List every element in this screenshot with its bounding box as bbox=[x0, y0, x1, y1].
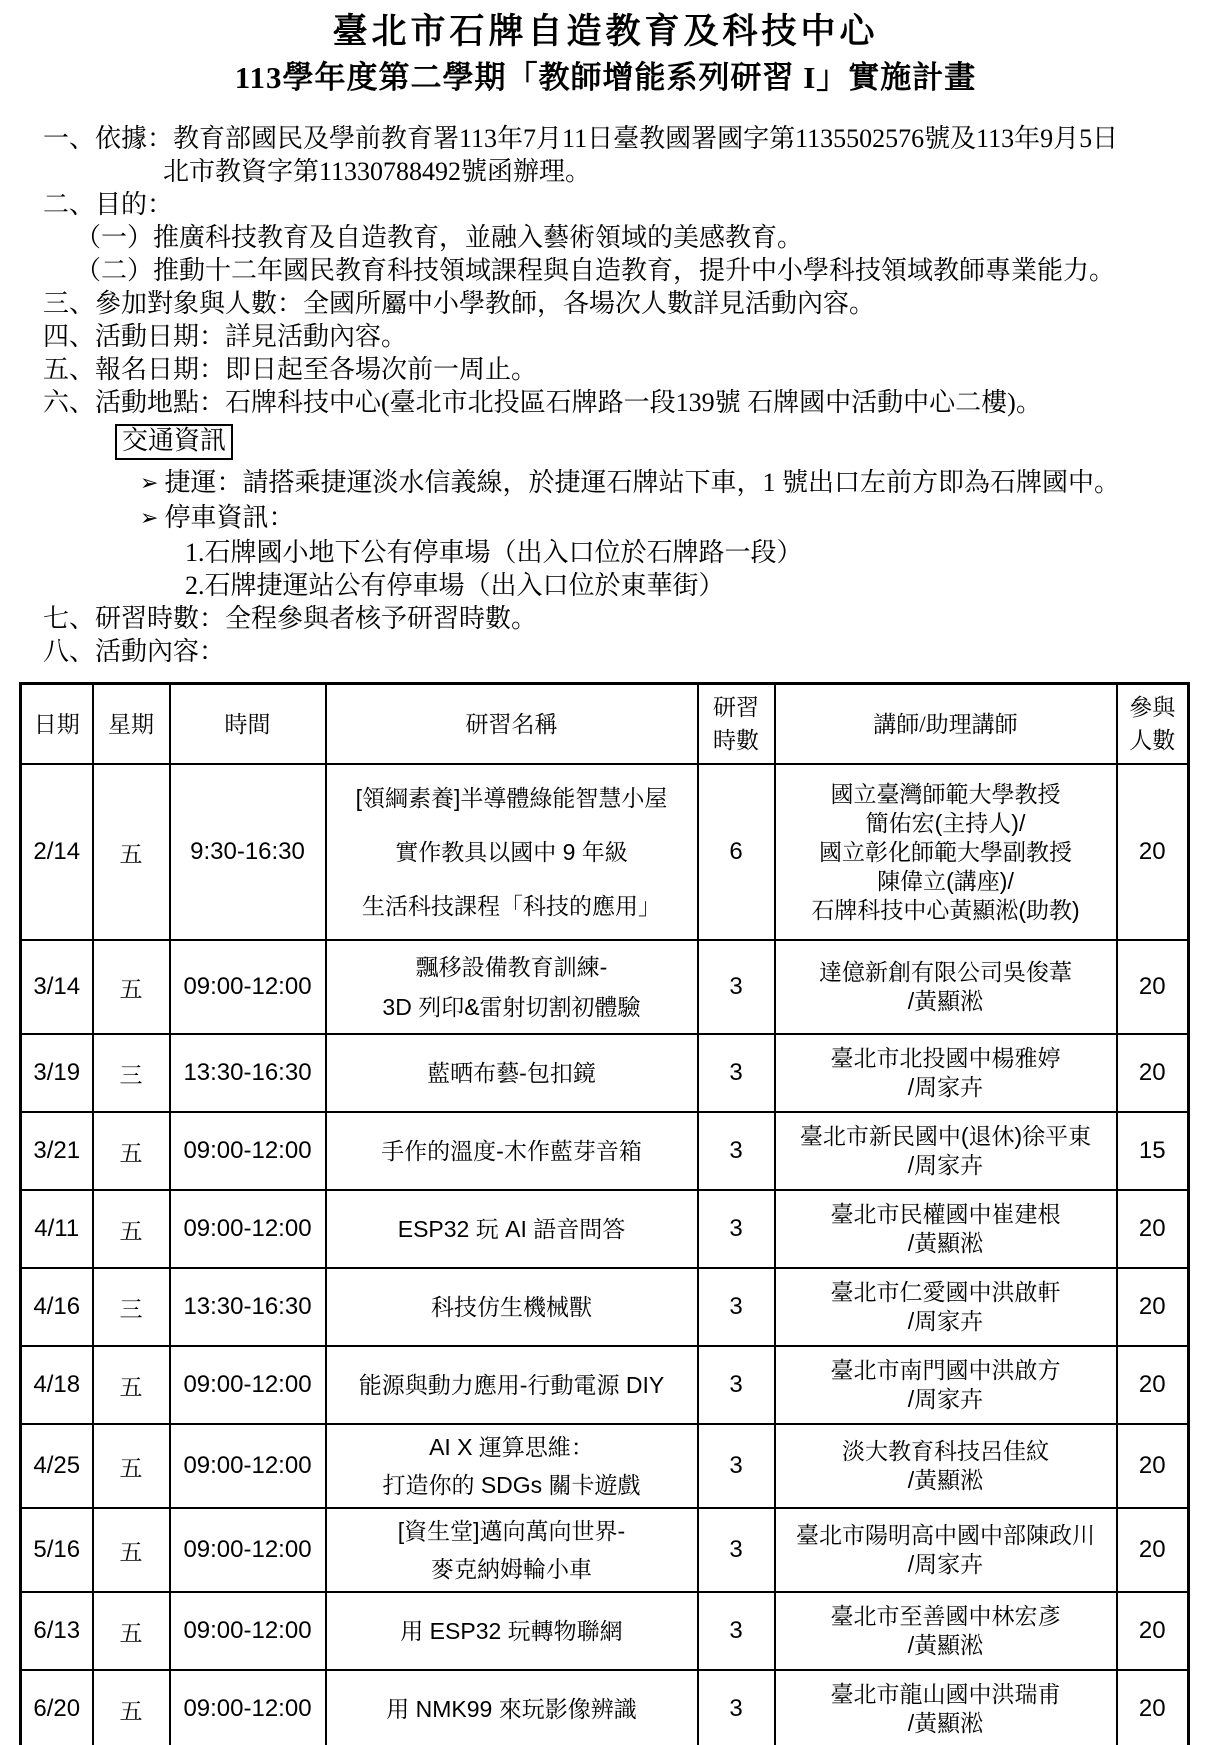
lecturer-cell: 國立臺灣師範大學教授簡佑宏(主持人)/國立彰化師範大學副教授陳偉立(講座)/石牌… bbox=[775, 764, 1117, 940]
time-cell: 09:00-12:00 bbox=[170, 940, 326, 1034]
table-row: 3/14五09:00-12:00飄移設備教育訓練-3D 列印&雷射切割初體驗3達… bbox=[21, 940, 1189, 1034]
arrow-bullet-icon: ➢ bbox=[140, 471, 158, 496]
document-page: 臺北市石牌自造教育及科技中心 113學年度第二學期「教師增能系列研習 I」實施計… bbox=[0, 0, 1211, 1745]
table-row: 4/16三13:30-16:30科技仿生機械獸3臺北市仁愛國中洪啟軒/周家卉20 bbox=[21, 1268, 1189, 1346]
time-cell: 09:00-12:00 bbox=[170, 1670, 326, 1745]
participants-cell: 20 bbox=[1117, 764, 1189, 940]
weekday-cell: 五 bbox=[93, 1112, 170, 1190]
date-cell: 3/19 bbox=[21, 1034, 93, 1112]
participants-cell: 20 bbox=[1117, 1346, 1189, 1424]
body-line: 四、活動日期：詳見活動內容。 bbox=[0, 320, 1211, 353]
body-line: （一）推廣科技教育及自造教育，並融入藝術領域的美感教育。 bbox=[0, 221, 1211, 254]
date-cell: 6/20 bbox=[21, 1670, 93, 1745]
date-cell: 4/16 bbox=[21, 1268, 93, 1346]
column-header: 講師/助理講師 bbox=[775, 684, 1117, 765]
course-name-cell: AI X 運算思維：打造你的 SDGs 關卡遊戲 bbox=[326, 1424, 698, 1508]
hours-cell: 3 bbox=[698, 1112, 775, 1190]
body-line: 七、研習時數：全程參與者核予研習時數。 bbox=[0, 602, 1211, 635]
lecturer-cell: 臺北市南門國中洪啟方/周家卉 bbox=[775, 1346, 1117, 1424]
document-subtitle: 113學年度第二學期「教師增能系列研習 I」實施計畫 bbox=[0, 58, 1211, 98]
course-name-cell: [領綱素養]半導體綠能智慧小屋實作教具以國中 9 年級生活科技課程「科技的應用」 bbox=[326, 764, 698, 940]
table-row: 2/14五9:30-16:30[領綱素養]半導體綠能智慧小屋實作教具以國中 9 … bbox=[21, 764, 1189, 940]
participants-cell: 20 bbox=[1117, 1670, 1189, 1745]
lecturer-cell: 臺北市北投國中楊雅婷/周家卉 bbox=[775, 1034, 1117, 1112]
time-cell: 13:30-16:30 bbox=[170, 1034, 326, 1112]
column-header: 時間 bbox=[170, 684, 326, 765]
hours-cell: 3 bbox=[698, 1508, 775, 1592]
participants-cell: 20 bbox=[1117, 940, 1189, 1034]
time-cell: 09:00-12:00 bbox=[170, 1508, 326, 1592]
schedule-table-body: 2/14五9:30-16:30[領綱素養]半導體綠能智慧小屋實作教具以國中 9 … bbox=[21, 764, 1189, 1745]
time-cell: 09:00-12:00 bbox=[170, 1592, 326, 1670]
weekday-cell: 五 bbox=[93, 1346, 170, 1424]
table-row: 6/20五09:00-12:00用 NMK99 來玩影像辨識3臺北市龍山國中洪瑞… bbox=[21, 1670, 1189, 1745]
weekday-cell: 五 bbox=[93, 1508, 170, 1592]
participants-cell: 15 bbox=[1117, 1112, 1189, 1190]
date-cell: 4/18 bbox=[21, 1346, 93, 1424]
lecturer-cell: 臺北市陽明高中國中部陳政川/周家卉 bbox=[775, 1508, 1117, 1592]
lecturer-cell: 臺北市龍山國中洪瑞甫/黃顯淞 bbox=[775, 1670, 1117, 1745]
course-name-cell: 用 NMK99 來玩影像辨識 bbox=[326, 1670, 698, 1745]
lecturer-cell: 臺北市仁愛國中洪啟軒/周家卉 bbox=[775, 1268, 1117, 1346]
course-name-cell: [資生堂]邁向萬向世界-麥克納姆輪小車 bbox=[326, 1508, 698, 1592]
course-name-cell: 科技仿生機械獸 bbox=[326, 1268, 698, 1346]
body-line: （二）推動十二年國民教育科技領域課程與自造教育，提升中小學科技領域教師專業能力。 bbox=[0, 254, 1211, 287]
date-cell: 2/14 bbox=[21, 764, 93, 940]
time-cell: 09:00-12:00 bbox=[170, 1346, 326, 1424]
weekday-cell: 五 bbox=[93, 940, 170, 1034]
lecturer-cell: 臺北市新民國中(退休)徐平東/周家卉 bbox=[775, 1112, 1117, 1190]
weekday-cell: 五 bbox=[93, 1670, 170, 1745]
participants-cell: 20 bbox=[1117, 1592, 1189, 1670]
date-cell: 6/13 bbox=[21, 1592, 93, 1670]
table-row: 4/18五09:00-12:00能源與動力應用-行動電源 DIY3臺北市南門國中… bbox=[21, 1346, 1189, 1424]
weekday-cell: 五 bbox=[93, 1592, 170, 1670]
date-cell: 4/25 bbox=[21, 1424, 93, 1508]
table-row: 5/16五09:00-12:00[資生堂]邁向萬向世界-麥克納姆輪小車3臺北市陽… bbox=[21, 1508, 1189, 1592]
course-name-cell: 能源與動力應用-行動電源 DIY bbox=[326, 1346, 698, 1424]
body-line-text: 停車資訊： bbox=[164, 503, 294, 532]
lecturer-cell: 臺北市至善國中林宏彥/黃顯淞 bbox=[775, 1592, 1117, 1670]
weekday-cell: 五 bbox=[93, 1190, 170, 1268]
date-cell: 4/11 bbox=[21, 1190, 93, 1268]
body-line: 交通資訊 bbox=[0, 424, 1211, 460]
column-header: 研習名稱 bbox=[326, 684, 698, 765]
column-header: 日期 bbox=[21, 684, 93, 765]
date-cell: 3/21 bbox=[21, 1112, 93, 1190]
time-cell: 09:00-12:00 bbox=[170, 1424, 326, 1508]
participants-cell: 20 bbox=[1117, 1268, 1189, 1346]
course-name-cell: 藍晒布藝-包扣鏡 bbox=[326, 1034, 698, 1112]
transport-info-box: 交通資訊 bbox=[115, 424, 233, 460]
lecturer-cell: 臺北市民權國中崔建根/黃顯淞 bbox=[775, 1190, 1117, 1268]
hours-cell: 3 bbox=[698, 1346, 775, 1424]
time-cell: 09:00-12:00 bbox=[170, 1190, 326, 1268]
hours-cell: 3 bbox=[698, 1190, 775, 1268]
table-row: 4/11五09:00-12:00ESP32 玩 AI 語音問答3臺北市民權國中崔… bbox=[21, 1190, 1189, 1268]
hours-cell: 3 bbox=[698, 1592, 775, 1670]
hours-cell: 3 bbox=[698, 1268, 775, 1346]
table-row: 4/25五09:00-12:00AI X 運算思維：打造你的 SDGs 關卡遊戲… bbox=[21, 1424, 1189, 1508]
body-line: 三、參加對象與人數：全國所屬中小學教師，各場次人數詳見活動內容。 bbox=[0, 287, 1211, 320]
document-body: 一、依據：教育部國民及學前教育署113年7月11日臺教國署國字第11355025… bbox=[0, 122, 1211, 668]
time-cell: 09:00-12:00 bbox=[170, 1112, 326, 1190]
arrow-bullet-icon: ➢ bbox=[140, 506, 158, 531]
course-name-cell: 手作的溫度-木作藍芽音箱 bbox=[326, 1112, 698, 1190]
body-line: 北市教資字第11330788492號函辦理。 bbox=[0, 155, 1211, 188]
weekday-cell: 三 bbox=[93, 1034, 170, 1112]
body-line: 1.石牌國小地下公有停車場（出入口位於石牌路一段） bbox=[0, 536, 1211, 569]
date-cell: 3/14 bbox=[21, 940, 93, 1034]
participants-cell: 20 bbox=[1117, 1034, 1189, 1112]
participants-cell: 20 bbox=[1117, 1424, 1189, 1508]
course-name-cell: 飄移設備教育訓練-3D 列印&雷射切割初體驗 bbox=[326, 940, 698, 1034]
body-line: 八、活動內容： bbox=[0, 635, 1211, 668]
column-header: 星期 bbox=[93, 684, 170, 765]
date-cell: 5/16 bbox=[21, 1508, 93, 1592]
table-row: 6/13五09:00-12:00用 ESP32 玩轉物聯網3臺北市至善國中林宏彥… bbox=[21, 1592, 1189, 1670]
course-name-cell: 用 ESP32 玩轉物聯網 bbox=[326, 1592, 698, 1670]
hours-cell: 3 bbox=[698, 1670, 775, 1745]
time-cell: 9:30-16:30 bbox=[170, 764, 326, 940]
weekday-cell: 五 bbox=[93, 1424, 170, 1508]
table-row: 3/19三13:30-16:30藍晒布藝-包扣鏡3臺北市北投國中楊雅婷/周家卉2… bbox=[21, 1034, 1189, 1112]
hours-cell: 6 bbox=[698, 764, 775, 940]
weekday-cell: 五 bbox=[93, 764, 170, 940]
lecturer-cell: 淡大教育科技呂佳紋/黃顯淞 bbox=[775, 1424, 1117, 1508]
course-name-cell: ESP32 玩 AI 語音問答 bbox=[326, 1190, 698, 1268]
body-line-text: 捷運：請搭乘捷運淡水信義線，於捷運石牌站下車，1 號出口左前方即為石牌國中。 bbox=[164, 468, 1120, 497]
column-header: 參與人數 bbox=[1117, 684, 1189, 765]
time-cell: 13:30-16:30 bbox=[170, 1268, 326, 1346]
body-line: 一、依據：教育部國民及學前教育署113年7月11日臺教國署國字第11355025… bbox=[0, 122, 1211, 155]
body-line: 2.石牌捷運站公有停車場（出入口位於東華街） bbox=[0, 569, 1211, 602]
document-title: 臺北市石牌自造教育及科技中心 bbox=[0, 10, 1211, 54]
weekday-cell: 三 bbox=[93, 1268, 170, 1346]
body-line: 五、報名日期：即日起至各場次前一周止。 bbox=[0, 353, 1211, 386]
lecturer-cell: 達億新創有限公司吳俊葦/黃顯淞 bbox=[775, 940, 1117, 1034]
participants-cell: 20 bbox=[1117, 1508, 1189, 1592]
body-line: ➢捷運：請搭乘捷運淡水信義線，於捷運石牌站下車，1 號出口左前方即為石牌國中。 bbox=[0, 466, 1211, 501]
table-header-row: 日期星期時間研習名稱研習時數講師/助理講師參與人數 bbox=[21, 684, 1189, 765]
hours-cell: 3 bbox=[698, 1034, 775, 1112]
participants-cell: 20 bbox=[1117, 1190, 1189, 1268]
body-line: ➢停車資訊： bbox=[0, 501, 1211, 536]
activity-schedule-table: 日期星期時間研習名稱研習時數講師/助理講師參與人數 2/14五9:30-16:3… bbox=[19, 682, 1190, 1745]
body-line: 六、活動地點：石牌科技中心(臺北市北投區石牌路一段139號 石牌國中活動中心二樓… bbox=[0, 386, 1211, 419]
hours-cell: 3 bbox=[698, 1424, 775, 1508]
hours-cell: 3 bbox=[698, 940, 775, 1034]
table-row: 3/21五09:00-12:00手作的溫度-木作藍芽音箱3臺北市新民國中(退休)… bbox=[21, 1112, 1189, 1190]
body-line: 二、目的： bbox=[0, 188, 1211, 221]
column-header: 研習時數 bbox=[698, 684, 775, 765]
